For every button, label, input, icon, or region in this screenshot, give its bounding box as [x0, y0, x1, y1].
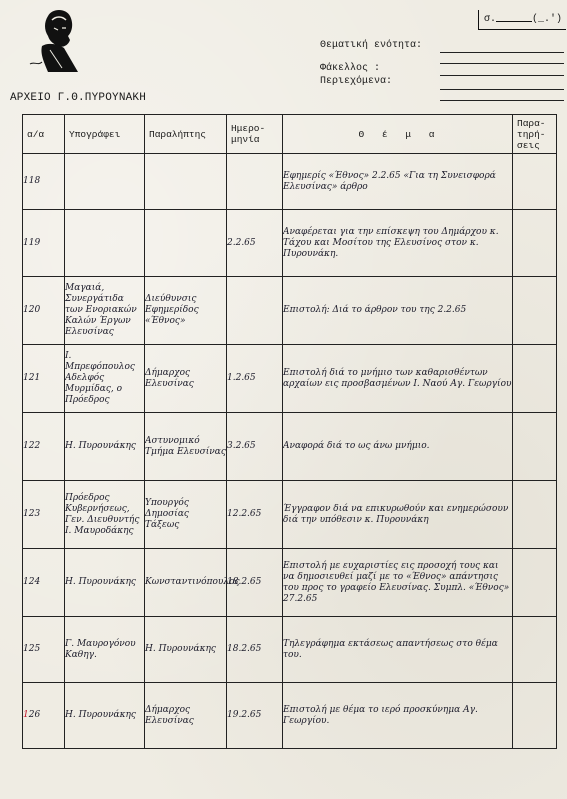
- cell-signer: Πρόεδρος Κυβερνήσεως, Γεν. Διευθυντής Ι.…: [65, 481, 145, 549]
- contents-line-2: [440, 100, 564, 101]
- cell-subject: Έγγραφον διά να επικυρωθούν και ενημερώσ…: [283, 481, 513, 549]
- cell-recipient: Υπουργός Δημοσίας Τάξεως: [145, 481, 227, 549]
- cell-recipient: Αστυνομικό Τμήμα Ελευσίνας: [145, 413, 227, 481]
- cell-date: 2.2.65: [227, 210, 283, 277]
- cell-serial: 118: [23, 154, 65, 210]
- table-row: 120Μαγαιά, Συνεργάτιδα των Ενοριακών Καλ…: [23, 277, 557, 345]
- table-row: 125Γ. Μαυρογόνου Καθηγ.Η. Πυρουνάκης18.2…: [23, 617, 557, 683]
- cell-date: 1.2.65: [227, 345, 283, 413]
- cell-subject: Επιστολή με ευχαριστίες εις προσοχή τους…: [283, 549, 513, 617]
- table-row: 121Ι. Μπρεφόπουλος Αδελφός Μυρμίδας, ο Π…: [23, 345, 557, 413]
- table-row: 1192.2.65Αναφέρεται για την επίσκεψη του…: [23, 210, 557, 277]
- folder-label: Φάκελλος :: [320, 63, 380, 74]
- thematic-unit-label: Θεματική ενότητα:: [320, 40, 422, 51]
- table-row: 124Η. ΠυρουνάκηςΚωνσταντινόπουλος18.2.65…: [23, 549, 557, 617]
- cell-notes: [513, 549, 557, 617]
- portrait-sketch: [28, 6, 90, 74]
- table-row: 123Πρόεδρος Κυβερνήσεως, Γεν. Διευθυντής…: [23, 481, 557, 549]
- cell-signer: [65, 154, 145, 210]
- cell-notes: [513, 617, 557, 683]
- correspondence-register: α/α Υπογράφει Παραλήπτης Ημερο-μηνία Θ έ…: [22, 114, 557, 749]
- cell-subject: Επιστολή: Διά το άρθρον του της 2.2.65: [283, 277, 513, 345]
- cell-recipient: Δήμαρχος Ελευσίνας: [145, 345, 227, 413]
- red-digit: 1: [23, 710, 29, 720]
- cell-recipient: Κωνσταντινόπουλος: [145, 549, 227, 617]
- contents-label: Περιεχόμενα:: [320, 76, 392, 87]
- cell-signer: [65, 210, 145, 277]
- cell-subject: Επιστολή με θέμα το ιερό προσκύνημα Αγ. …: [283, 683, 513, 749]
- table-row: 126Η. ΠυρουνάκηςΔήμαρχος Ελευσίνας19.2.6…: [23, 683, 557, 749]
- cell-subject: Επιστολή διά το μνήμιο των καθαρισθέντων…: [283, 345, 513, 413]
- cell-serial: 123: [23, 481, 65, 549]
- cell-signer: Γ. Μαυρογόνου Καθηγ.: [65, 617, 145, 683]
- cell-serial: 126: [23, 683, 65, 749]
- table-header-row: α/α Υπογράφει Παραλήπτης Ημερο-μηνία Θ έ…: [23, 115, 557, 154]
- cell-recipient: Διεύθυνσις Εφημερίδος «Έθνος»: [145, 277, 227, 345]
- cell-signer: Η. Πυρουνάκης: [65, 683, 145, 749]
- ref-suffix: (_.'): [532, 14, 562, 25]
- thematic-unit-line-2: [440, 63, 564, 64]
- folder-line: [440, 75, 564, 76]
- ref-prefix: σ.: [484, 14, 496, 25]
- col-header-notes: Παρα-τηρή-σεις: [513, 115, 557, 154]
- cell-serial: 119: [23, 210, 65, 277]
- col-header-serial: α/α: [23, 115, 65, 154]
- table-row: 118Εφημερίς «Έθνος» 2.2.65 «Για τη Συνει…: [23, 154, 557, 210]
- cell-serial: 122: [23, 413, 65, 481]
- cell-date: 18.2.65: [227, 617, 283, 683]
- cell-serial: 124: [23, 549, 65, 617]
- cell-serial: 125: [23, 617, 65, 683]
- thematic-unit-line: [440, 52, 564, 53]
- cell-serial: 120: [23, 277, 65, 345]
- col-header-subject: Θ έ μ α: [283, 115, 513, 154]
- cell-subject: Αναφορά διά το ως άνω μνήμιο.: [283, 413, 513, 481]
- cell-subject: Τηλεγράφημα εκτάσεως απαντήσεως στο θέμα…: [283, 617, 513, 683]
- col-header-recipient: Παραλήπτης: [145, 115, 227, 154]
- cell-notes: [513, 277, 557, 345]
- col-header-date: Ημερο-μηνία: [227, 115, 283, 154]
- cell-date: 3.2.65: [227, 413, 283, 481]
- cell-date: 12.2.65: [227, 481, 283, 549]
- cell-recipient: Δήμαρχος Ελευσίνας: [145, 683, 227, 749]
- reference-box: σ.(_.'): [478, 10, 566, 30]
- cell-notes: [513, 345, 557, 413]
- cell-notes: [513, 413, 557, 481]
- cell-notes: [513, 210, 557, 277]
- cell-signer: Η. Πυρουνάκης: [65, 549, 145, 617]
- cell-serial: 121: [23, 345, 65, 413]
- cell-recipient: Η. Πυρουνάκης: [145, 617, 227, 683]
- cell-signer: Μαγαιά, Συνεργάτιδα των Ενοριακών Καλών …: [65, 277, 145, 345]
- cell-date: 19.2.65: [227, 683, 283, 749]
- cell-notes: [513, 683, 557, 749]
- cell-subject: Εφημερίς «Έθνος» 2.2.65 «Για τη Συνεισφο…: [283, 154, 513, 210]
- cell-date: [227, 154, 283, 210]
- cell-recipient: [145, 154, 227, 210]
- cell-date: 18.2.65: [227, 549, 283, 617]
- cell-date: [227, 277, 283, 345]
- cell-notes: [513, 154, 557, 210]
- contents-line: [440, 89, 564, 90]
- archive-title: ΑΡΧΕΙΟ Γ.Θ.ΠΥΡΟΥΝΑΚΗ: [10, 92, 146, 104]
- ref-blank: [496, 11, 532, 22]
- cell-recipient: [145, 210, 227, 277]
- cell-notes: [513, 481, 557, 549]
- cell-subject: Αναφέρεται για την επίσκεψη του Δημάρχου…: [283, 210, 513, 277]
- table-row: 122Η. ΠυρουνάκηςΑστυνομικό Τμήμα Ελευσίν…: [23, 413, 557, 481]
- cell-signer: Η. Πυρουνάκης: [65, 413, 145, 481]
- col-header-signer: Υπογράφει: [65, 115, 145, 154]
- cell-signer: Ι. Μπρεφόπουλος Αδελφός Μυρμίδας, ο Πρόε…: [65, 345, 145, 413]
